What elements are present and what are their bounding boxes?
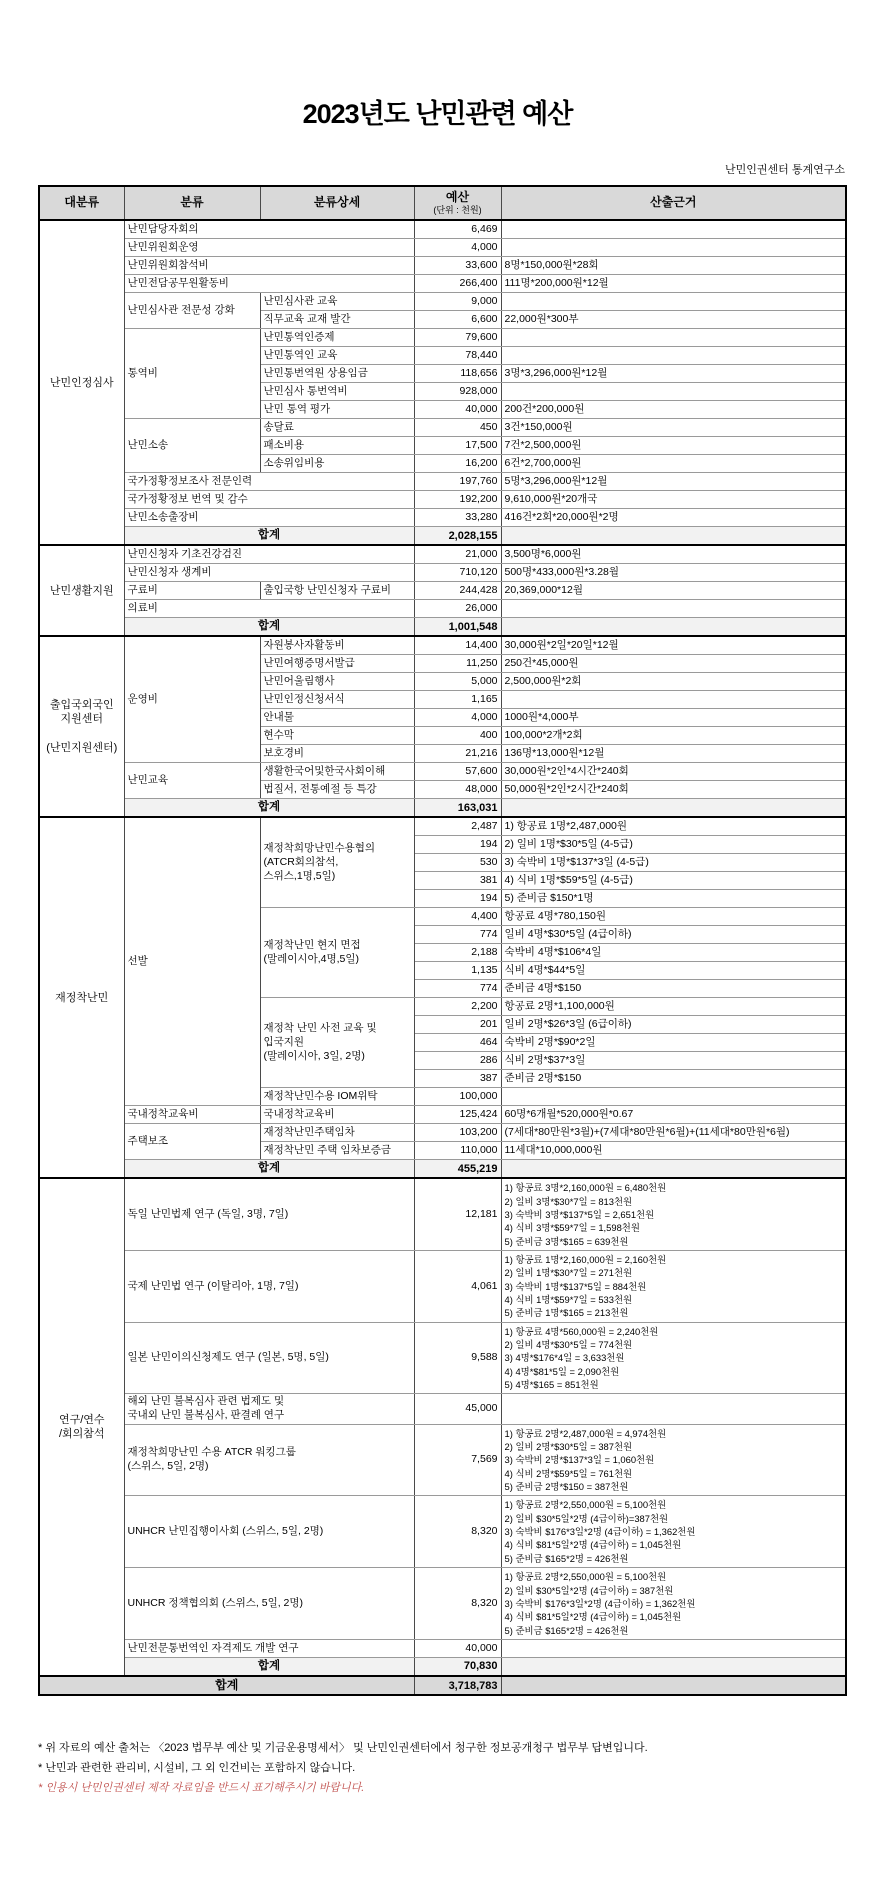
table-row: 난민소송송달료4503건*150,000원 <box>39 419 846 437</box>
column-header: 산출근거 <box>501 186 846 220</box>
budget-cell: 40,000 <box>414 1639 501 1657</box>
basis-cell: 60명*6개월*520,000원*0.67 <box>501 1106 846 1124</box>
basis-cell <box>501 220 846 239</box>
basis-cell: 2,500,000원*2회 <box>501 673 846 691</box>
subtotal-value: 455,219 <box>414 1160 501 1179</box>
class-cell: 난민심사관 전문성 강화 <box>124 293 260 329</box>
basis-cell: 3건*150,000원 <box>501 419 846 437</box>
subtotal-label: 합계 <box>124 618 414 637</box>
class-cell: 통역비 <box>124 329 260 419</box>
table-row: 재정착희망난민 수용 ATCR 워킹그룹 (스위스, 5일, 2명)7,5691… <box>39 1424 846 1496</box>
subtotal-label: 합계 <box>124 1657 414 1676</box>
table-row: 난민위원회운영4,000 <box>39 239 846 257</box>
basis-cell: 일비 2명*$26*3일 (6급이하) <box>501 1016 846 1034</box>
budget-cell: 79,600 <box>414 329 501 347</box>
class-cell: 난민전문통번역인 자격제도 개발 연구 <box>124 1639 414 1657</box>
column-header: 예산(단위 : 천원) <box>414 186 501 220</box>
class-cell: 국가정황정보조사 전문인력 <box>124 473 414 491</box>
basis-cell: 3,500명*6,000원 <box>501 545 846 564</box>
budget-cell: 8,320 <box>414 1568 501 1640</box>
detail-cell: 안내물 <box>260 709 414 727</box>
budget-cell: 125,424 <box>414 1106 501 1124</box>
basis-cell: 3명*3,296,000원*12월 <box>501 365 846 383</box>
budget-cell: 194 <box>414 890 501 908</box>
category-cell: 난민인정심사 <box>39 220 124 545</box>
budget-cell: 2,200 <box>414 998 501 1016</box>
table-row: 해외 난민 불복심사 관련 법제도 및 국내외 난민 불복심사, 판결례 연구4… <box>39 1394 846 1424</box>
detail-cell: 난민통번역원 상용임금 <box>260 365 414 383</box>
detail-cell: 법질서, 전통예절 등 특강 <box>260 781 414 799</box>
detail-cell: 생활한국어및한국사회이해 <box>260 763 414 781</box>
basis-cell: 4) 식비 1명*$59*5일 (4-5급) <box>501 872 846 890</box>
table-row: 난민전문통번역인 자격제도 개발 연구40,000 <box>39 1639 846 1657</box>
basis-cell <box>501 383 846 401</box>
subtotal-basis-cell <box>501 1657 846 1676</box>
org-subtitle: 난민인권센터 통계연구소 <box>38 161 845 177</box>
table-row: 합계455,219 <box>39 1160 846 1179</box>
subtotal-basis-cell <box>501 1160 846 1179</box>
detail-cell: 난민심사관 교육 <box>260 293 414 311</box>
detail-cell: 현수막 <box>260 727 414 745</box>
class-cell: 국가정황정보 번역 및 감수 <box>124 491 414 509</box>
budget-cell: 387 <box>414 1070 501 1088</box>
budget-table: 대분류분류분류상세예산(단위 : 천원)산출근거 난민인정심사난민담당자회의6,… <box>38 185 847 1696</box>
budget-cell: 4,000 <box>414 709 501 727</box>
basis-cell: 50,000원*2인*2시간*240회 <box>501 781 846 799</box>
column-header: 분류상세 <box>260 186 414 220</box>
detail-cell: 재정착난민수용 IOM위탁 <box>260 1088 414 1106</box>
basis-cell <box>501 600 846 618</box>
detail-cell: 국내정착교육비 <box>260 1106 414 1124</box>
table-row: 난민위원회참석비33,6008명*150,000원*28회 <box>39 257 846 275</box>
basis-cell: 1) 항공료 1명*2,160,000원 = 2,160천원 2) 일비 1명*… <box>501 1251 846 1323</box>
basis-cell: 항공료 2명*1,100,000원 <box>501 998 846 1016</box>
basis-cell: 6건*2,700,000원 <box>501 455 846 473</box>
basis-cell: 250건*45,000원 <box>501 655 846 673</box>
detail-cell: 난민여행증명서발급 <box>260 655 414 673</box>
table-row: 국내정착교육비국내정착교육비125,42460명*6개월*520,000원*0.… <box>39 1106 846 1124</box>
basis-cell: 111명*200,000원*12월 <box>501 275 846 293</box>
table-row: 난민인정심사난민담당자회의6,469 <box>39 220 846 239</box>
budget-cell: 244,428 <box>414 582 501 600</box>
class-cell: 난민소송 <box>124 419 260 473</box>
class-cell: 의료비 <box>124 600 414 618</box>
budget-cell: 2,188 <box>414 944 501 962</box>
budget-cell: 6,469 <box>414 220 501 239</box>
class-cell: 난민전담공무원활동비 <box>124 275 414 293</box>
class-cell: 구료비 <box>124 582 260 600</box>
table-row: 일본 난민이의신청제도 연구 (일본, 5명, 5일)9,5881) 항공료 4… <box>39 1322 846 1394</box>
basis-cell <box>501 347 846 365</box>
class-cell: 운영비 <box>124 636 260 763</box>
basis-cell: 1000원*4,000부 <box>501 709 846 727</box>
subtotal-basis-cell <box>501 618 846 637</box>
class-cell: 난민위원회참석비 <box>124 257 414 275</box>
budget-cell: 4,061 <box>414 1251 501 1323</box>
table-row: 난민전담공무원활동비266,400111명*200,000원*12월 <box>39 275 846 293</box>
category-cell: 재정착난민 <box>39 817 124 1178</box>
budget-cell: 21,216 <box>414 745 501 763</box>
table-body: 난민인정심사난민담당자회의6,469난민위원회운영4,000난민위원회참석비33… <box>39 220 846 1695</box>
detail-cell: 보호경비 <box>260 745 414 763</box>
subtotal-basis-cell <box>501 527 846 546</box>
page-title: 2023년도 난민관련 예산 <box>0 92 875 131</box>
budget-cell: 78,440 <box>414 347 501 365</box>
grand-total-basis-cell <box>501 1676 846 1696</box>
detail-cell: 재정착희망난민수용협의 (ATCR회의참석, 스위스,1명,5일) <box>260 817 414 908</box>
budget-cell: 197,760 <box>414 473 501 491</box>
budget-cell: 21,000 <box>414 545 501 564</box>
table-row: 주택보조재정착난민주택임차103,200(7세대*80만원*3월)+(7세대*8… <box>39 1124 846 1142</box>
table-row: UNHCR 정책협의회 (스위스, 5일, 2명)8,3201) 항공료 2명*… <box>39 1568 846 1640</box>
budget-cell: 6,600 <box>414 311 501 329</box>
basis-cell: 1) 항공료 2명*2,487,000원 = 4,974천원 2) 일비 2명*… <box>501 1424 846 1496</box>
basis-cell: 8명*150,000원*28회 <box>501 257 846 275</box>
table-row: 합계2,028,155 <box>39 527 846 546</box>
footnote-source: * 위 자료의 예산 출처는 〈2023 법무부 예산 및 기금운용명세서〉 및… <box>38 1740 845 1758</box>
header-row: 대분류분류분류상세예산(단위 : 천원)산출근거 <box>39 186 846 220</box>
basis-cell: 20,369,000*12월 <box>501 582 846 600</box>
basis-cell: 3) 숙박비 1명*$137*3일 (4-5급) <box>501 854 846 872</box>
subtotal-label: 합계 <box>124 799 414 818</box>
table-row: 합계70,830 <box>39 1657 846 1676</box>
subtotal-basis-cell <box>501 799 846 818</box>
detail-cell: 난민인정신청서식 <box>260 691 414 709</box>
class-cell: UNHCR 난민집행이사회 (스위스, 5일, 2명) <box>124 1496 414 1568</box>
detail-cell: 재정착난민 현지 면접 (말레이시아,4명,5일) <box>260 908 414 998</box>
column-header: 대분류 <box>39 186 124 220</box>
basis-cell: 22,000원*300부 <box>501 311 846 329</box>
basis-cell: 5) 준비금 $150*1명 <box>501 890 846 908</box>
budget-cell: 8,320 <box>414 1496 501 1568</box>
class-cell: 국내정착교육비 <box>124 1106 260 1124</box>
subtotal-value: 163,031 <box>414 799 501 818</box>
budget-cell: 40,000 <box>414 401 501 419</box>
budget-cell: 17,500 <box>414 437 501 455</box>
class-cell: 국제 난민법 연구 (이탈리아, 1명, 7일) <box>124 1251 414 1323</box>
class-cell: 주택보조 <box>124 1124 260 1160</box>
budget-cell: 14,400 <box>414 636 501 655</box>
detail-cell: 난민통역인증제 <box>260 329 414 347</box>
basis-cell: 30,000원*2인*4시간*240회 <box>501 763 846 781</box>
basis-cell: 식비 4명*$44*5일 <box>501 962 846 980</box>
budget-cell: 7,569 <box>414 1424 501 1496</box>
budget-cell: 194 <box>414 836 501 854</box>
table-row: 난민신청자 생계비710,120500명*433,000원*3.28월 <box>39 564 846 582</box>
budget-cell: 16,200 <box>414 455 501 473</box>
class-cell: 난민위원회운영 <box>124 239 414 257</box>
class-cell: 재정착희망난민 수용 ATCR 워킹그룹 (스위스, 5일, 2명) <box>124 1424 414 1496</box>
table-row: 재정착난민선발재정착희망난민수용협의 (ATCR회의참석, 스위스,1명,5일)… <box>39 817 846 836</box>
grand-total-label: 합계 <box>39 1676 414 1696</box>
basis-cell: 5명*3,296,000원*12월 <box>501 473 846 491</box>
basis-cell: 준비금 4명*$150 <box>501 980 846 998</box>
table-row: 국가정황정보조사 전문인력197,7605명*3,296,000원*12월 <box>39 473 846 491</box>
basis-cell: 항공료 4명*780,150원 <box>501 908 846 926</box>
budget-cell: 11,250 <box>414 655 501 673</box>
basis-cell: 숙박비 4명*$106*4일 <box>501 944 846 962</box>
class-cell: 난민담당자회의 <box>124 220 414 239</box>
budget-cell: 774 <box>414 926 501 944</box>
detail-cell: 소송위임비용 <box>260 455 414 473</box>
budget-cell: 464 <box>414 1034 501 1052</box>
budget-cell: 774 <box>414 980 501 998</box>
table-row: 통역비난민통역인증제79,600 <box>39 329 846 347</box>
basis-cell: 416건*2회*20,000원*2명 <box>501 509 846 527</box>
class-cell: 난민신청자 생계비 <box>124 564 414 582</box>
class-cell: UNHCR 정책협의회 (스위스, 5일, 2명) <box>124 1568 414 1640</box>
basis-cell: 1) 항공료 3명*2,160,000원 = 6,480천원 2) 일비 3명*… <box>501 1178 846 1250</box>
detail-cell: 난민통역인 교육 <box>260 347 414 365</box>
budget-cell: 450 <box>414 419 501 437</box>
category-cell: 연구/연수 /회의참석 <box>39 1178 124 1676</box>
budget-cell: 9,588 <box>414 1322 501 1394</box>
subtotal-value: 70,830 <box>414 1657 501 1676</box>
basis-cell: (7세대*80만원*3월)+(7세대*80만원*6월)+(11세대*80만원*6… <box>501 1124 846 1142</box>
budget-cell: 2,487 <box>414 817 501 836</box>
class-cell: 난민신청자 기초건강검진 <box>124 545 414 564</box>
column-header: 분류 <box>124 186 260 220</box>
budget-cell: 530 <box>414 854 501 872</box>
basis-cell <box>501 1088 846 1106</box>
budget-cell: 48,000 <box>414 781 501 799</box>
basis-cell: 30,000원*2일*20일*12월 <box>501 636 846 655</box>
basis-cell: 2) 일비 1명*$30*5일 (4-5급) <box>501 836 846 854</box>
budget-cell: 4,400 <box>414 908 501 926</box>
basis-cell: 준비금 2명*$150 <box>501 1070 846 1088</box>
table-row: 출입국외국인 지원센터 (난민지원센터)운영비자원봉사자활동비14,40030,… <box>39 636 846 655</box>
budget-cell: 1,165 <box>414 691 501 709</box>
basis-cell <box>501 239 846 257</box>
table-row: 의료비26,000 <box>39 600 846 618</box>
basis-cell: 1) 항공료 1명*2,487,000원 <box>501 817 846 836</box>
table-row: 연구/연수 /회의참석독일 난민법제 연구 (독일, 3명, 7일)12,181… <box>39 1178 846 1250</box>
budget-cell: 57,600 <box>414 763 501 781</box>
detail-cell: 패소비용 <box>260 437 414 455</box>
budget-cell: 33,280 <box>414 509 501 527</box>
detail-cell: 송달료 <box>260 419 414 437</box>
basis-cell: 숙박비 2명*$90*2일 <box>501 1034 846 1052</box>
basis-cell: 9,610,000원*20개국 <box>501 491 846 509</box>
grand-total-value: 3,718,783 <box>414 1676 501 1696</box>
budget-cell: 286 <box>414 1052 501 1070</box>
budget-cell: 26,000 <box>414 600 501 618</box>
budget-cell: 266,400 <box>414 275 501 293</box>
budget-cell: 1,135 <box>414 962 501 980</box>
table-row: 합계163,031 <box>39 799 846 818</box>
budget-cell: 381 <box>414 872 501 890</box>
class-cell: 난민교육 <box>124 763 260 799</box>
table-row: 구료비출입국항 난민신청자 구료비244,42820,369,000*12월 <box>39 582 846 600</box>
subtotal-label: 합계 <box>124 527 414 546</box>
basis-cell: 100,000*2개*2회 <box>501 727 846 745</box>
budget-cell: 5,000 <box>414 673 501 691</box>
subtotal-value: 1,001,548 <box>414 618 501 637</box>
basis-cell: 1) 항공료 2명*2,550,000원 = 5,100천원 2) 일비 $30… <box>501 1568 846 1640</box>
basis-cell <box>501 293 846 311</box>
table-row: 국제 난민법 연구 (이탈리아, 1명, 7일)4,0611) 항공료 1명*2… <box>39 1251 846 1323</box>
class-cell: 해외 난민 불복심사 관련 법제도 및 국내외 난민 불복심사, 판결례 연구 <box>124 1394 414 1424</box>
budget-cell: 201 <box>414 1016 501 1034</box>
basis-cell: 식비 2명*$37*3일 <box>501 1052 846 1070</box>
document-page: 2023년도 난민관련 예산 난민인권센터 통계연구소 대분류분류분류상세예산(… <box>0 0 875 1797</box>
budget-cell: 400 <box>414 727 501 745</box>
footnote-citation: * 인용시 난민인권센터 제작 자료임을 반드시 표기해주시기 바랍니다. <box>38 1780 845 1798</box>
basis-cell: 일비 4명*$30*5일 (4급이하) <box>501 926 846 944</box>
detail-cell: 직무교육 교재 발간 <box>260 311 414 329</box>
detail-cell: 자원봉사자활동비 <box>260 636 414 655</box>
table-row: 합계3,718,783 <box>39 1676 846 1696</box>
budget-cell: 118,656 <box>414 365 501 383</box>
budget-cell: 100,000 <box>414 1088 501 1106</box>
budget-cell: 33,600 <box>414 257 501 275</box>
detail-cell: 출입국항 난민신청자 구료비 <box>260 582 414 600</box>
class-cell: 독일 난민법제 연구 (독일, 3명, 7일) <box>124 1178 414 1250</box>
class-cell: 난민소송출장비 <box>124 509 414 527</box>
detail-cell: 재정착 난민 사전 교육 및 입국지원 (말레이시아, 3일, 2명) <box>260 998 414 1088</box>
table-row: 난민생활지원난민신청자 기초건강검진21,0003,500명*6,000원 <box>39 545 846 564</box>
table-header: 대분류분류분류상세예산(단위 : 천원)산출근거 <box>39 186 846 220</box>
basis-cell: 500명*433,000원*3.28월 <box>501 564 846 582</box>
category-cell: 출입국외국인 지원센터 (난민지원센터) <box>39 636 124 817</box>
budget-cell: 4,000 <box>414 239 501 257</box>
basis-cell: 11세대*10,000,000원 <box>501 1142 846 1160</box>
budget-cell: 928,000 <box>414 383 501 401</box>
column-header-unit: (단위 : 천원) <box>417 205 499 217</box>
basis-cell: 136명*13,000원*12월 <box>501 745 846 763</box>
table-row: UNHCR 난민집행이사회 (스위스, 5일, 2명)8,3201) 항공료 2… <box>39 1496 846 1568</box>
basis-cell: 1) 항공료 4명*560,000원 = 2,240천원 2) 일비 4명*$3… <box>501 1322 846 1394</box>
table-row: 국가정황정보 번역 및 감수192,2009,610,000원*20개국 <box>39 491 846 509</box>
basis-cell: 200건*200,000원 <box>501 401 846 419</box>
basis-cell <box>501 329 846 347</box>
detail-cell: 재정착난민 주택 임차보증금 <box>260 1142 414 1160</box>
table-row: 난민소송출장비33,280416건*2회*20,000원*2명 <box>39 509 846 527</box>
class-cell: 일본 난민이의신청제도 연구 (일본, 5명, 5일) <box>124 1322 414 1394</box>
footnote-scope: * 난민과 관련한 관리비, 시설비, 그 외 인건비는 포함하지 않습니다. <box>38 1760 845 1778</box>
table-row: 합계1,001,548 <box>39 618 846 637</box>
budget-cell: 103,200 <box>414 1124 501 1142</box>
budget-cell: 9,000 <box>414 293 501 311</box>
class-cell: 선발 <box>124 817 260 1106</box>
basis-cell <box>501 1394 846 1424</box>
budget-cell: 12,181 <box>414 1178 501 1250</box>
basis-cell <box>501 691 846 709</box>
table-row: 난민심사관 전문성 강화난민심사관 교육9,000 <box>39 293 846 311</box>
budget-cell: 192,200 <box>414 491 501 509</box>
subtotal-label: 합계 <box>124 1160 414 1179</box>
basis-cell: 7건*2,500,000원 <box>501 437 846 455</box>
detail-cell: 재정착난민주택임차 <box>260 1124 414 1142</box>
detail-cell: 난민 통역 평가 <box>260 401 414 419</box>
footnotes: * 위 자료의 예산 출처는 〈2023 법무부 예산 및 기금운용명세서〉 및… <box>38 1740 845 1797</box>
basis-cell: 1) 항공료 2명*2,550,000원 = 5,100천원 2) 일비 $30… <box>501 1496 846 1568</box>
basis-cell <box>501 1639 846 1657</box>
detail-cell: 난민어울림행사 <box>260 673 414 691</box>
subtotal-value: 2,028,155 <box>414 527 501 546</box>
detail-cell: 난민심사 통번역비 <box>260 383 414 401</box>
table-row: 난민교육생활한국어및한국사회이해57,60030,000원*2인*4시간*240… <box>39 763 846 781</box>
budget-cell: 110,000 <box>414 1142 501 1160</box>
budget-cell: 710,120 <box>414 564 501 582</box>
category-cell: 난민생활지원 <box>39 545 124 636</box>
budget-cell: 45,000 <box>414 1394 501 1424</box>
